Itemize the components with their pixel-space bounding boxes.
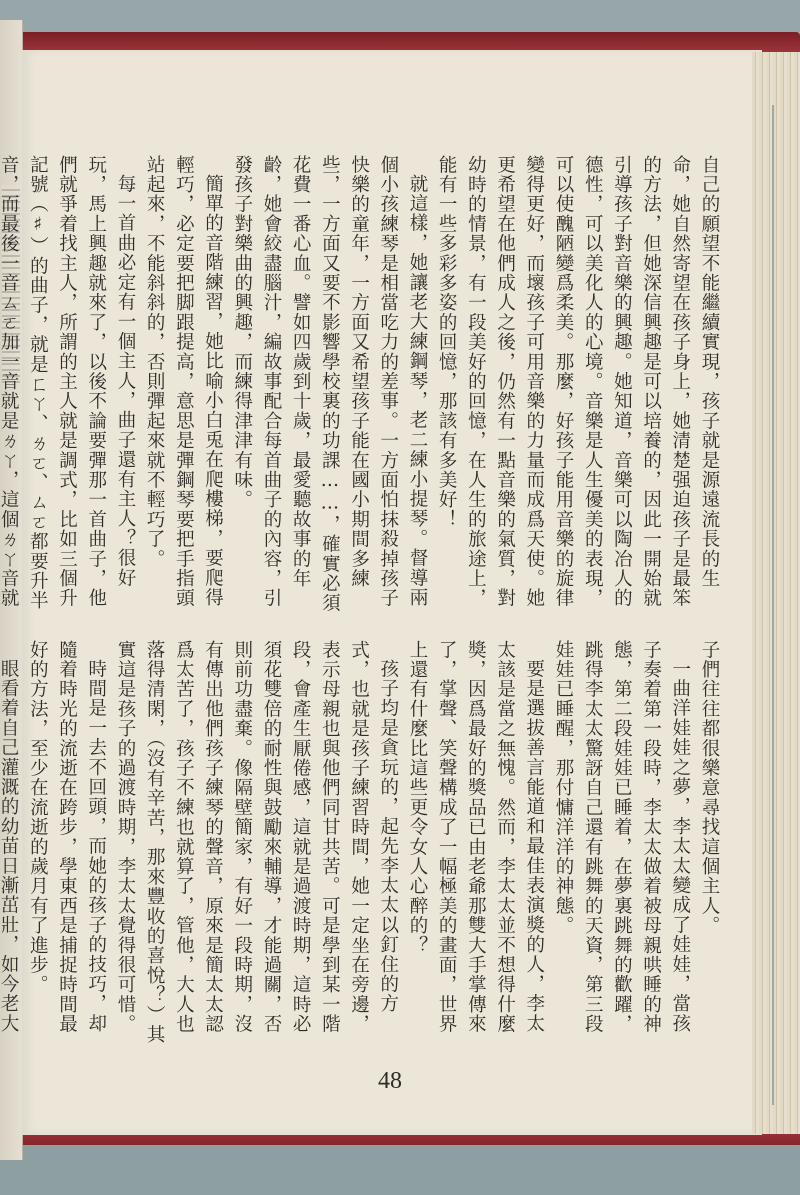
text-block-bottom: 子們往往都很樂意尋找這個主人。 一曲洋娃娃之夢，李太太變成了娃娃，當孩子奏着第一…: [0, 640, 724, 1050]
page-number: 48: [365, 1068, 415, 1095]
text-block-top: 自己的願望不能繼續實現，孩子就是源遠流長的生命，她自然寄望在孩子身上，她清楚强迫…: [0, 155, 724, 625]
book-cover-top-edge: [18, 32, 800, 52]
paragraph: 每一首曲必定有一個主人，曲子還有主人？很好玩，馬上興趣就來了，以後不論要彈那一首…: [0, 155, 140, 625]
backdrop-bottom: [0, 1145, 800, 1195]
page-edge-marker: [772, 105, 774, 1105]
paragraph: 一曲洋娃娃之夢，李太太變成了娃娃，當孩子奏着第一段時，李太太做着被母親哄睡的神態…: [549, 640, 695, 1050]
paragraph: 眼看着自己灌溉的幼苗日漸茁壯，如今老大六年級，老二四年級，從他們熟練的技巧，小小…: [0, 640, 23, 1050]
paragraph: 要是選拔善言能道和最佳表演獎的人，李太太該是當之無愧。然而，李太太並不想得什麼獎…: [403, 640, 549, 1050]
paragraph: 自己的願望不能繼續實現，孩子就是源遠流長的生命，她自然寄望在孩子身上，她清楚强迫…: [432, 155, 724, 625]
page-stack-edges: [752, 52, 800, 1134]
paragraph: 簡單的音階練習，她比喻小白兎在爬樓梯，要爬得輕巧，必定要把脚跟提高，意思是彈鋼琴…: [140, 155, 228, 625]
paragraph: 子們往往都很樂意尋找這個主人。: [695, 640, 724, 1050]
paragraph: 時間是一去不回頭，而她的孩子的技巧，却隨着時光的流逝在跨步，學東西是捕捉時間最好…: [23, 640, 111, 1050]
paragraph: 孩子均是貪玩的，起先李太太以釘住的方式，也就是孩子練習時間，她一定坐在旁邊，表示…: [111, 640, 403, 1050]
paragraph: 就這樣，她讓老大練鋼琴，老二練小提琴。督導兩個小孩練琴是相當吃力的差事。一方面怕…: [228, 155, 432, 625]
